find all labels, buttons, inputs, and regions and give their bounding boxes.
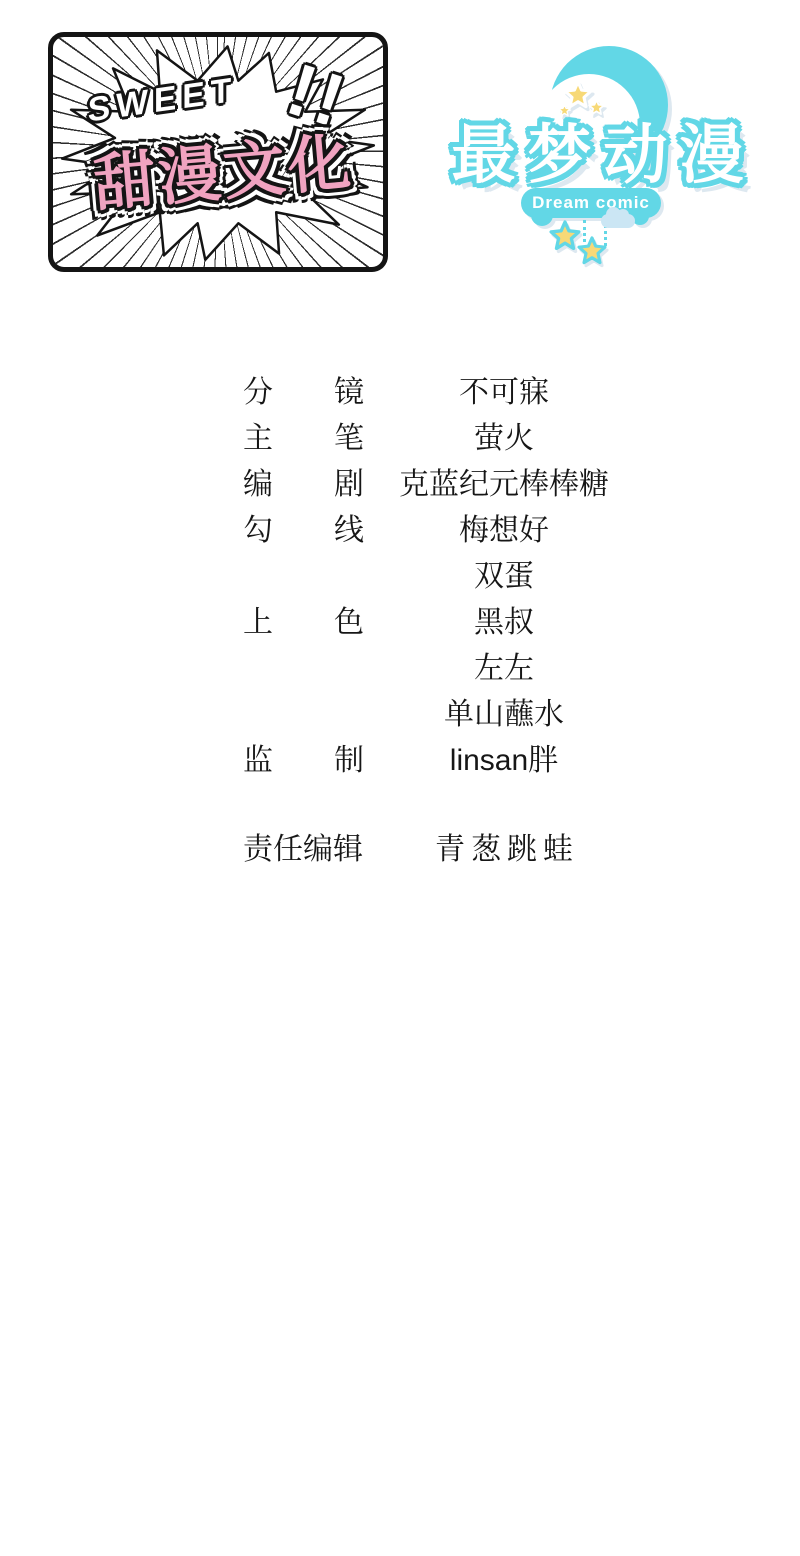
credit-role-label: 责任编辑 bbox=[243, 827, 364, 873]
credit-row-screenwriter: 编 剧 克蓝纪元棒棒糖 bbox=[0, 462, 800, 508]
credit-role-label bbox=[243, 692, 364, 738]
credit-person-name: 青葱跳蛙 bbox=[368, 827, 640, 873]
credit-role-label: 勾 线 bbox=[243, 508, 364, 554]
credit-person-name: 黑叔 bbox=[368, 600, 640, 646]
dream-logo-cjk-text: 最梦动漫 bbox=[425, 104, 770, 196]
credit-row-coloring: 上 色 黑叔 bbox=[0, 600, 800, 646]
credit-row-line-art-2: 双蛋 bbox=[0, 554, 800, 600]
credit-person-name: 双蛋 bbox=[368, 554, 640, 600]
role-char: 制 bbox=[334, 738, 364, 784]
dream-logo-latin-text: Dream comic bbox=[532, 193, 650, 213]
credit-person-name: linsan胖 bbox=[368, 738, 640, 784]
credit-person-name: 克蓝纪元棒棒糖 bbox=[368, 462, 640, 508]
role-char: 分 bbox=[243, 370, 273, 416]
sweet-culture-logo: SWEET !! 甜漫文化 bbox=[48, 32, 388, 272]
credit-role-label bbox=[243, 646, 364, 692]
credit-row-line-art: 勾 线 梅想好 bbox=[0, 508, 800, 554]
role-char: 色 bbox=[334, 600, 364, 646]
credit-role-label: 监 制 bbox=[243, 738, 364, 784]
credits-list: 分 镜 不可寐 主 笔 萤火 编 剧 克蓝纪元棒棒糖 勾 线 梅想好 bbox=[0, 370, 800, 873]
credit-person-name: 单山蘸水 bbox=[368, 692, 640, 738]
role-char: 责任编辑 bbox=[243, 827, 363, 873]
credit-person-name: 不可寐 bbox=[368, 370, 640, 416]
credit-role-label: 主 笔 bbox=[243, 416, 364, 462]
credit-row-coloring-2: 左左 bbox=[0, 646, 800, 692]
credit-person-name: 萤火 bbox=[368, 416, 640, 462]
role-char: 剧 bbox=[334, 462, 364, 508]
credit-row-storyboard: 分 镜 不可寐 bbox=[0, 370, 800, 416]
role-char: 镜 bbox=[334, 370, 364, 416]
cloud-icon bbox=[601, 214, 635, 228]
dream-comic-logo: 最梦动漫 Dream comic bbox=[425, 42, 770, 277]
comic-credits-page: SWEET !! 甜漫文化 最梦动漫 Dream comic bbox=[0, 0, 800, 1556]
credit-row-editor: 责任编辑 青葱跳蛙 bbox=[0, 827, 800, 873]
role-char: 笔 bbox=[334, 416, 364, 462]
role-char: 监 bbox=[243, 738, 273, 784]
role-char: 主 bbox=[243, 416, 273, 462]
credit-role-label bbox=[243, 554, 364, 600]
role-char: 线 bbox=[334, 508, 364, 554]
role-char: 勾 bbox=[243, 508, 273, 554]
credit-row-supervisor: 监 制 linsan胖 bbox=[0, 738, 800, 784]
dream-logo-banner: Dream comic bbox=[521, 188, 661, 218]
credit-role-label: 编 剧 bbox=[243, 462, 364, 508]
credit-role-label: 上 色 bbox=[243, 600, 364, 646]
credit-row-coloring-3: 单山蘸水 bbox=[0, 692, 800, 738]
credit-person-name: 梅想好 bbox=[368, 508, 640, 554]
star-icon bbox=[577, 236, 607, 266]
credit-row-lead-artist: 主 笔 萤火 bbox=[0, 416, 800, 462]
role-char: 编 bbox=[243, 462, 273, 508]
credit-person-name: 左左 bbox=[368, 646, 640, 692]
credit-role-label: 分 镜 bbox=[243, 370, 364, 416]
role-char: 上 bbox=[243, 600, 273, 646]
